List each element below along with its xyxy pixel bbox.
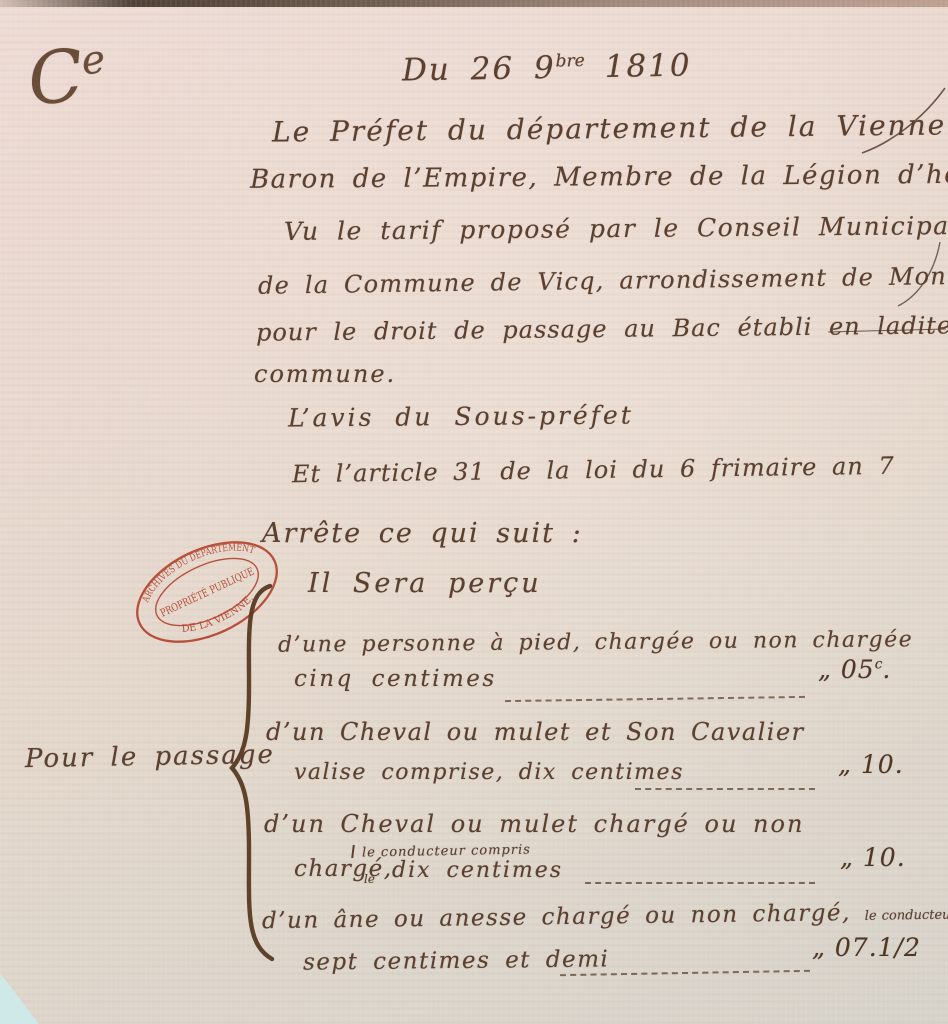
torn-corner-background bbox=[0, 973, 39, 1024]
preamble-line: L’avis du Sous-préfet bbox=[288, 400, 634, 432]
price-value: „ 05 bbox=[818, 655, 875, 684]
tariff-price: „ 05c. bbox=[818, 655, 891, 684]
tariff-item-description: d’un Cheval ou mulet et Son Cavalier bbox=[266, 718, 805, 746]
tariff-price: „ 07.1/2 bbox=[812, 933, 921, 962]
paraph-initial: C bbox=[24, 33, 88, 122]
price-post: . bbox=[882, 655, 891, 684]
price-value: „ 10. bbox=[838, 750, 904, 779]
decree-heading: Arrête ce qui suit : bbox=[262, 518, 583, 549]
adjacent-page-edge bbox=[0, 0, 948, 7]
price-value: „ 10. bbox=[840, 843, 906, 872]
marginal-paraph: Ce bbox=[24, 30, 111, 122]
tariff-item-rate-post: dix centimes bbox=[392, 858, 563, 883]
tariff-item-description-note: le conducteur compris bbox=[865, 907, 948, 924]
tariff-price: „ 10. bbox=[840, 843, 906, 872]
preamble-line: Et l’article 31 de la loi du 6 frimaire … bbox=[292, 452, 895, 488]
leader-dashes bbox=[505, 696, 805, 702]
insertion-mark: le bbox=[364, 872, 375, 886]
tariff-item-rate: cinq centimes bbox=[294, 666, 497, 692]
tariff-price: „ 10. bbox=[838, 750, 904, 779]
tariff-item-description: d’un Cheval ou mulet chargé ou non bbox=[264, 810, 804, 838]
paraph-sup: e bbox=[79, 36, 107, 84]
pen-flourish bbox=[860, 85, 948, 160]
tariff-item-rate: sept centimes et demi bbox=[303, 946, 610, 975]
pen-flourish bbox=[895, 240, 945, 310]
date-post: 1810 bbox=[585, 47, 692, 85]
preamble-line: pour le droit de passage au Bac établi e… bbox=[256, 311, 948, 346]
date-sup: bre bbox=[555, 51, 584, 72]
tariff-item-description-text: d’un âne ou anesse chargé ou non chargé, bbox=[262, 900, 851, 934]
baron-title-line: Baron de l’Empire, Membre de la Légion d… bbox=[250, 159, 948, 195]
preamble-line: Vu le tarif proposé par le Conseil Munic… bbox=[284, 211, 948, 246]
leader-dashes bbox=[635, 788, 815, 790]
manuscript-page: Ce Du 26 9bre 1810 Le Préfet du départem… bbox=[0, 0, 948, 1024]
date-pre: Du 26 9 bbox=[402, 50, 556, 89]
price-post: 1/2 bbox=[878, 933, 921, 962]
leader-dashes bbox=[585, 882, 815, 884]
decree-intro: Il Sera perçu bbox=[308, 568, 542, 599]
tariff-item-rate-pre: chargé, bbox=[294, 856, 393, 882]
preamble-line: de la Commune de Vicq, arrondissement de… bbox=[258, 260, 948, 299]
price-value: „ 07. bbox=[812, 933, 878, 962]
date-heading: Du 26 9bre 1810 bbox=[402, 47, 692, 88]
prefect-title-line: Le Préfet du département de la Vienne bbox=[272, 108, 947, 148]
preamble-line: commune. bbox=[254, 360, 396, 388]
tariff-item-rate: valise comprise, dix centimes bbox=[294, 760, 684, 785]
tariff-item-description: d’un âne ou anesse chargé ou non chargé,… bbox=[262, 898, 948, 935]
tariff-item-description: d’une personne à pied, chargée ou non ch… bbox=[278, 627, 913, 658]
